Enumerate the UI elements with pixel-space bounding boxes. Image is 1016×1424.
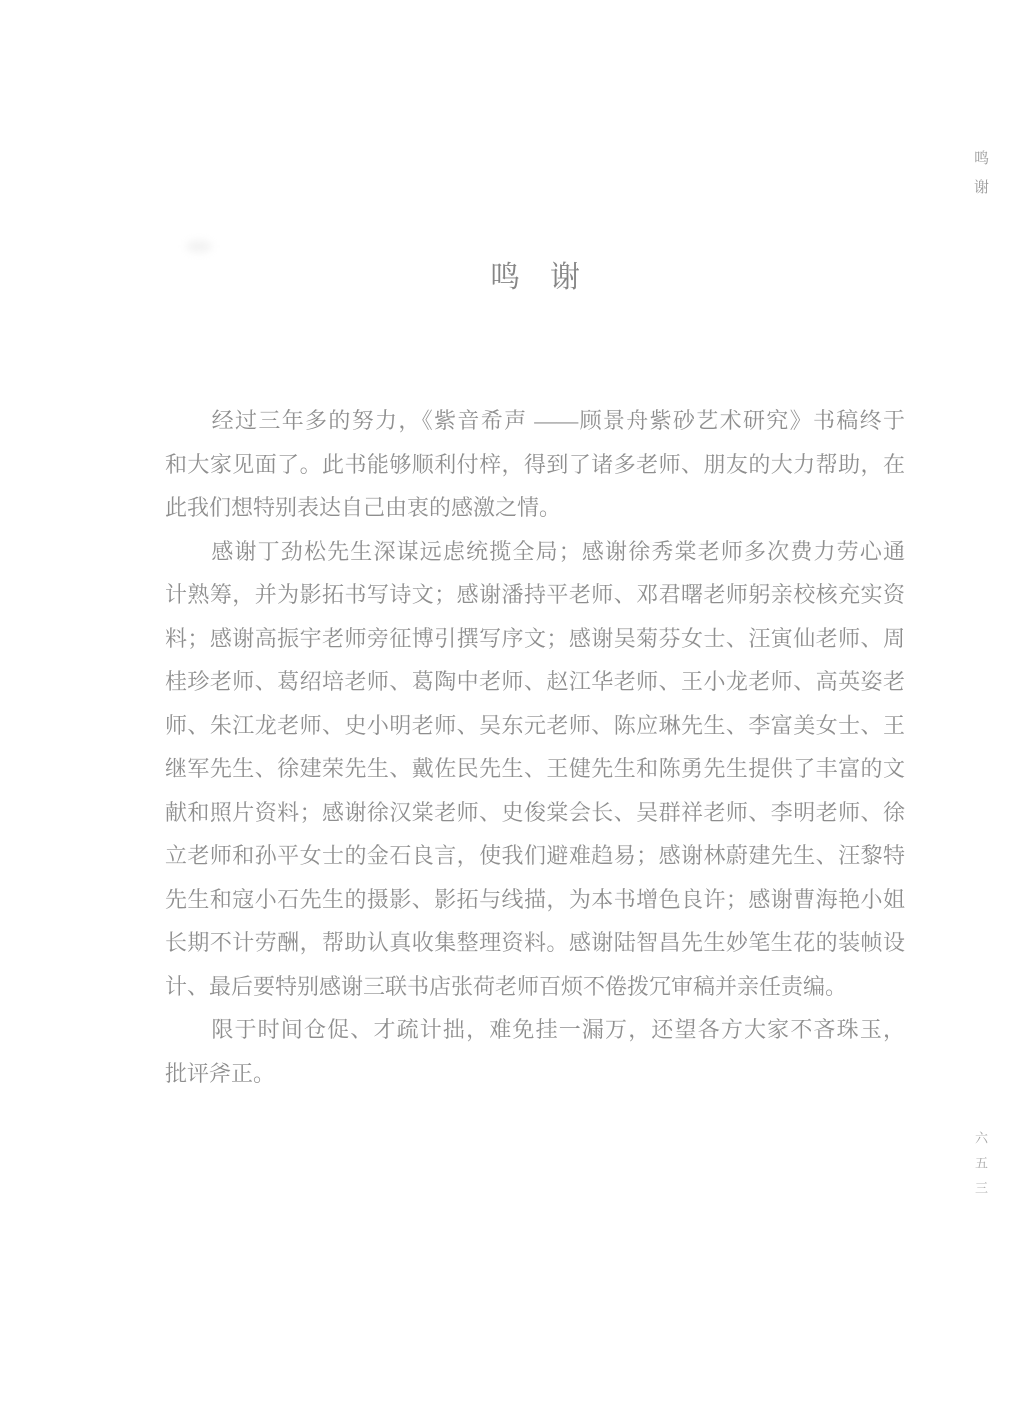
text-line: 长期不计劳酬，帮助认真收集整理资料。感谢陆智昌先生妙笔生花的装帧设 <box>165 921 905 965</box>
text-line: 计、最后要特别感谢三联书店张荷老师百烦不倦拨冗审稿并亲任责编。 <box>165 965 905 1009</box>
text-line: 感谢丁劲松先生深谋远虑统揽全局；感谢徐秀棠老师多次费力劳心通 <box>165 530 905 574</box>
text-line: 批评斧正。 <box>165 1052 905 1096</box>
text-line: 先生和寇小石先生的摄影、影拓与线描，为本书增色良许；感谢曹海艳小姐 <box>165 878 905 922</box>
acknowledgment-text: 经过三年多的努力，《紫音希声 ——顾景舟紫砂艺术研究》书稿终于和大家见面了。此书… <box>165 399 905 1095</box>
text-line: 限于时间仓促、才疏计拙，难免挂一漏万，还望各方大家不吝珠玉， <box>165 1008 905 1052</box>
text-line: 此我们想特别表达自己由衷的感激之情。 <box>165 486 905 530</box>
margin-chapter-label: 鸣谢 <box>970 150 991 208</box>
text-line: 献和照片资料；感谢徐汉棠老师、史俊棠会长、吴群祥老师、李明老师、徐 <box>165 791 905 835</box>
book-page: 鸣谢 鸣 谢 经过三年多的努力，《紫音希声 ——顾景舟紫砂艺术研究》书稿终于和大… <box>0 0 1016 1424</box>
text-line: 经过三年多的努力，《紫音希声 ——顾景舟紫砂艺术研究》书稿终于 <box>165 399 905 443</box>
text-line: 料；感谢高振宇老师旁征博引撰写序文；感谢吴菊芬女士、汪寅仙老师、周 <box>165 617 905 661</box>
text-line: 师、朱江龙老师、史小明老师、吴东元老师、陈应琳先生、李富美女士、王 <box>165 704 905 748</box>
page-number: 六五三 <box>971 1131 990 1206</box>
text-line: 立老师和孙平女士的金石良言，使我们避难趋易；感谢林蔚建先生、汪黎特 <box>165 834 905 878</box>
text-line: 和大家见面了。此书能够顺利付梓，得到了诸多老师、朋友的大力帮助，在 <box>165 443 905 487</box>
text-line: 桂珍老师、葛绍培老师、葛陶中老师、赵江华老师、王小龙老师、高英姿老 <box>165 660 905 704</box>
text-line: 继军先生、徐建荣先生、戴佐民先生、王健先生和陈勇先生提供了丰富的文 <box>165 747 905 791</box>
page-title: 鸣 谢 <box>165 252 905 296</box>
text-line: 计熟筹，并为影拓书写诗文；感谢潘持平老师、邓君曙老师躬亲校核充实资 <box>165 573 905 617</box>
